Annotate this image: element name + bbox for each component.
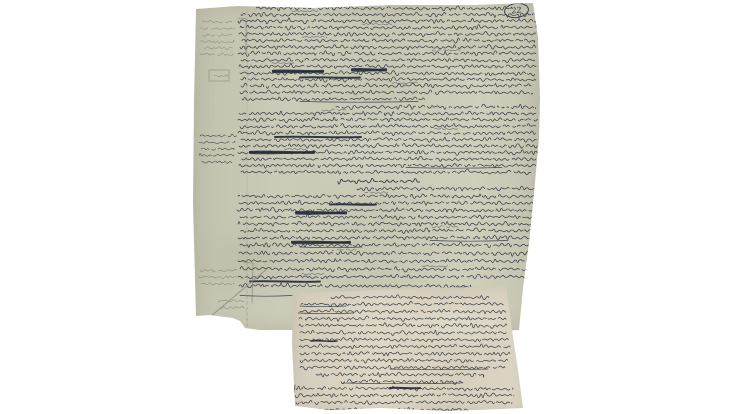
main-sheet: 22: [193, 3, 540, 332]
attached-slip: [290, 284, 526, 414]
manuscript-photo: 22: [0, 0, 733, 414]
handwriting-svg-slip: [290, 284, 526, 414]
page-number: 22: [511, 5, 522, 15]
handwriting-svg-main: [193, 3, 540, 332]
